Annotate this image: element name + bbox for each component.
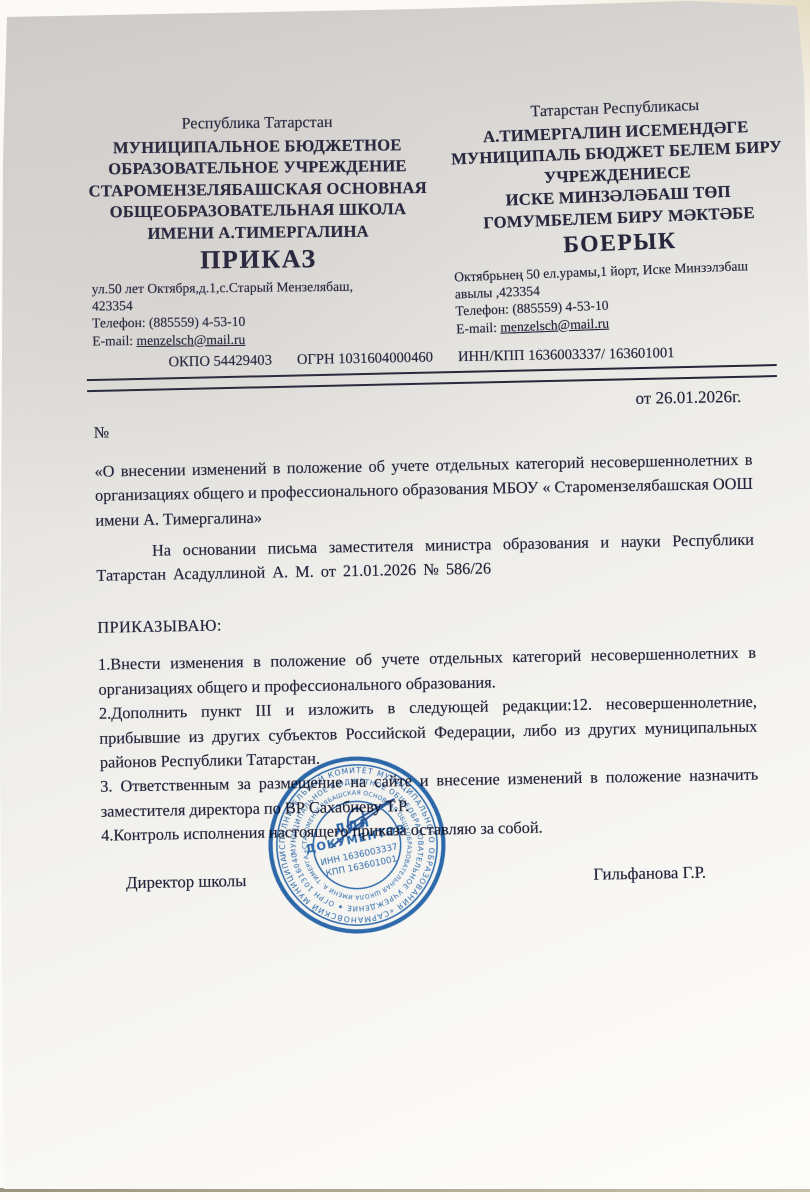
email-address: menzelsch@mail.ru <box>500 315 609 334</box>
inn-kpp-value: ИНН/КПП 1636003337/ 163601001 <box>458 344 675 366</box>
signer-name: Гильфанова Г.Р. <box>593 860 706 886</box>
letterhead-left-column: Республика Татарстан МУНИЦИПАЛЬНОЕ БЮДЖЕ… <box>87 112 429 349</box>
official-stamp: ИСПОЛНИТЕЛЬНЫЙ КОМИТЕТ МУНИЦИПАЛЬНОГО ОБ… <box>249 737 464 952</box>
email-label: E-mail: <box>456 319 501 336</box>
email-line: E-mail: menzelsch@mail.ru <box>92 329 429 350</box>
region-name-ru: Республика Татарстан <box>87 112 427 136</box>
email-label: E-mail: <box>92 333 136 348</box>
subject-paragraph: «О внесении изменений в положение об уче… <box>94 448 753 533</box>
signer-title: Директор школы <box>126 869 247 896</box>
order-verb: ПРИКАЗЫВАЮ: <box>97 604 755 640</box>
ogrn-value: ОГРН 1031604000460 <box>297 348 433 368</box>
letterhead-right-column: Татарстан Республикасы А.ТИМЕРГАЛИН ИСЕМ… <box>438 92 801 339</box>
address-block: ул.50 лет Октября,д.1,с.Старый Мензеляба… <box>89 277 430 349</box>
email-address: menzelsch@mail.ru <box>136 332 245 348</box>
basis-paragraph: На основании письма заместителя министра… <box>96 528 755 589</box>
letterhead: Республика Татарстан МУНИЦИПАЛЬНОЕ БЮДЖЕ… <box>86 104 798 351</box>
address-block: Октябрьнең 50 ел.урамы,1 йорт, Иске Минз… <box>444 255 800 337</box>
document-page: Республика Татарстан МУНИЦИПАЛЬНОЕ БЮДЖЕ… <box>0 0 810 1189</box>
org-name-line: ОБЩЕОБРАЗОВАТЕЛЬНАЯ ШКОЛА <box>88 198 428 223</box>
okpo-value: ОКПО 54429403 <box>168 351 272 371</box>
doc-type-title-ru: ПРИКАЗ <box>88 241 428 278</box>
